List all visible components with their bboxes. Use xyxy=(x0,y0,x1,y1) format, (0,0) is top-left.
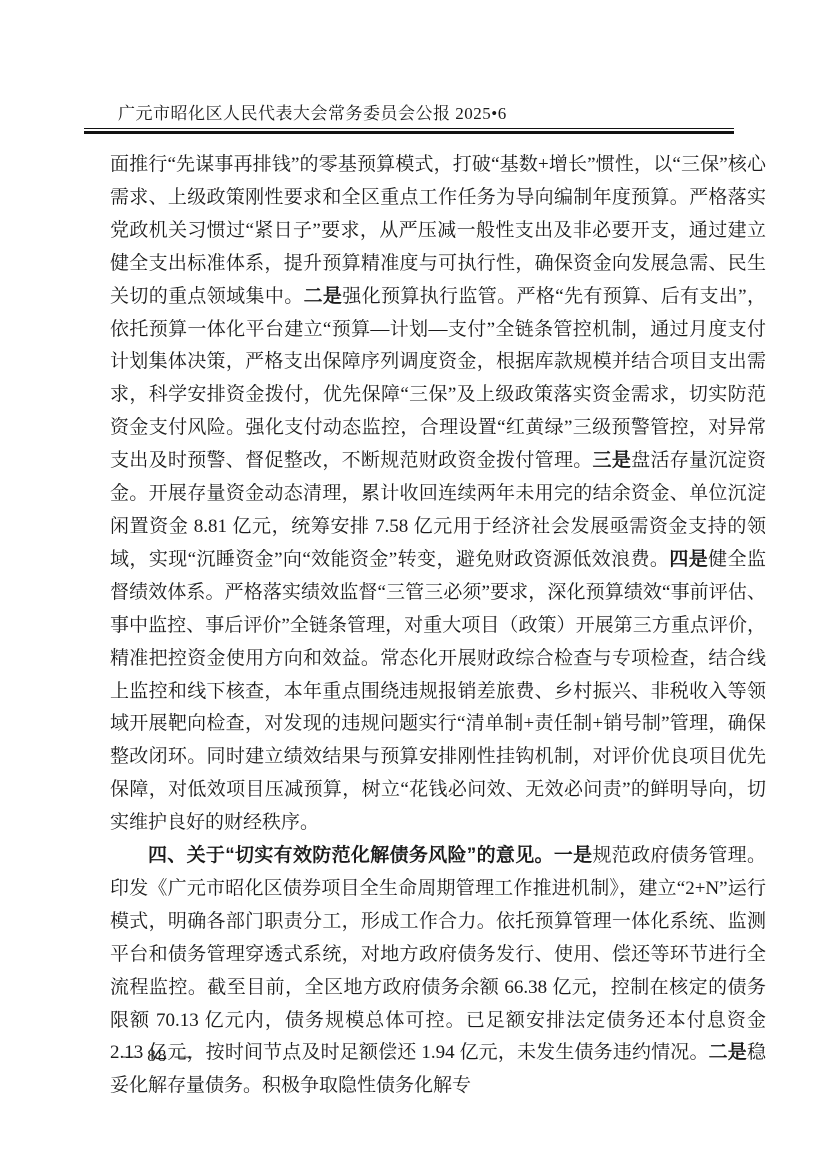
text-run: 规范政府债务管理。印发《广元市昭化区债券项目全生命周期管理工作推进机制》，建立“… xyxy=(110,845,766,1063)
header-rule xyxy=(84,128,734,134)
text-run-emphasis: 二是 xyxy=(304,286,343,307)
header-rule-thin-line xyxy=(84,128,734,129)
text-run-emphasis: 三是 xyxy=(593,450,632,471)
body-paragraph-section-four: 四、关于“切实有效防范化解债务风险”的意见。一是规范政府债务管理。印发《广元市昭… xyxy=(110,840,766,1103)
page-header-title: 广元市昭化区人民代表大会常务委员会公报 2025•6 xyxy=(118,99,507,124)
text-run: 面推行“先谋事再排钱”的零基预算模式，打破“基数+增长”惯性，以“三保”核心需求… xyxy=(110,154,766,307)
document-body: 面推行“先谋事再排钱”的零基预算模式，打破“基数+增长”惯性，以“三保”核心需求… xyxy=(110,149,766,1103)
body-paragraph-continuation: 面推行“先谋事再排钱”的零基预算模式，打破“基数+增长”惯性，以“三保”核心需求… xyxy=(110,149,766,840)
text-run-emphasis: 四是 xyxy=(669,549,708,570)
text-run: 强化预算执行监管。严格“先有预算、后有支出”，依托预算一体化平台建立“预算—计划… xyxy=(110,286,766,472)
page-footer: — 88 — xyxy=(122,1046,194,1066)
text-run-emphasis: 二是 xyxy=(709,1042,747,1063)
header-rule-thick-line xyxy=(84,131,734,134)
text-run-emphasis: 四、关于“切实有效防范化解债务风险”的意见。一是 xyxy=(148,845,592,866)
text-run: 健全监督绩效体系。严格落实绩效监督“三管三必须”要求，深化预算绩效“事前评估、事… xyxy=(110,549,766,833)
page-number: — 88 — xyxy=(122,1046,194,1065)
document-page: 广元市昭化区人民代表大会常务委员会公报 2025•6 面推行“先谋事再排钱”的零… xyxy=(0,0,827,1170)
